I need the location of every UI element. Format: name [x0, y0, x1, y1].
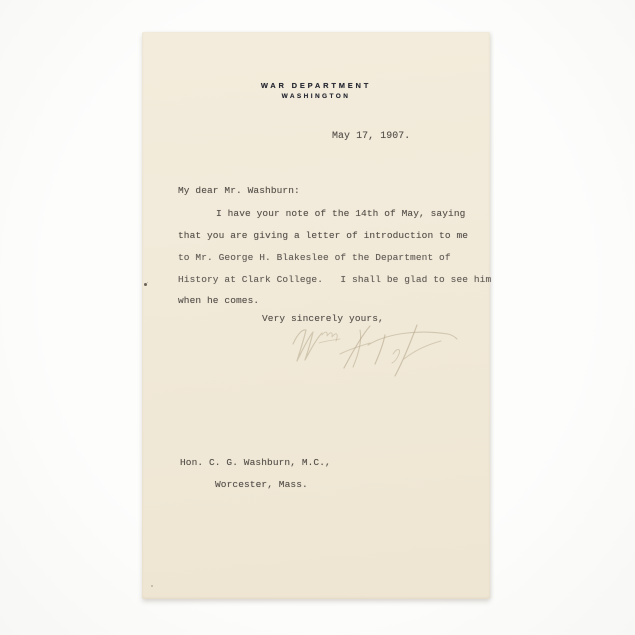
body-line: History at Clark College. I shall be gla… [178, 274, 491, 286]
body-line: I have your note of the 14th of May, say… [216, 208, 465, 220]
taft-signature-scrawl [292, 320, 464, 382]
photo-background: WAR DEPARTMENT WASHINGTON May 17, 1907. … [0, 0, 635, 635]
body-line: to Mr. George H. Blakeslee of the Depart… [178, 252, 451, 264]
paper-speck [144, 283, 147, 286]
recipient-city-line: Worcester, Mass. [215, 479, 308, 491]
letter-document: WAR DEPARTMENT WASHINGTON May 17, 1907. … [142, 32, 490, 599]
paper-speck-small [151, 585, 153, 587]
recipient-name-line: Hon. C. G. Washburn, M.C., [180, 457, 331, 469]
letterhead: WAR DEPARTMENT WASHINGTON [142, 81, 490, 100]
letterhead-war-department: WAR DEPARTMENT [142, 81, 490, 90]
body-line: that you are giving a letter of introduc… [178, 230, 468, 242]
body-line: when he comes. [178, 295, 259, 307]
date-line: May 17, 1907. [332, 130, 410, 142]
letterhead-washington: WASHINGTON [142, 93, 490, 100]
salutation-line: My dear Mr. Washburn: [178, 185, 300, 197]
